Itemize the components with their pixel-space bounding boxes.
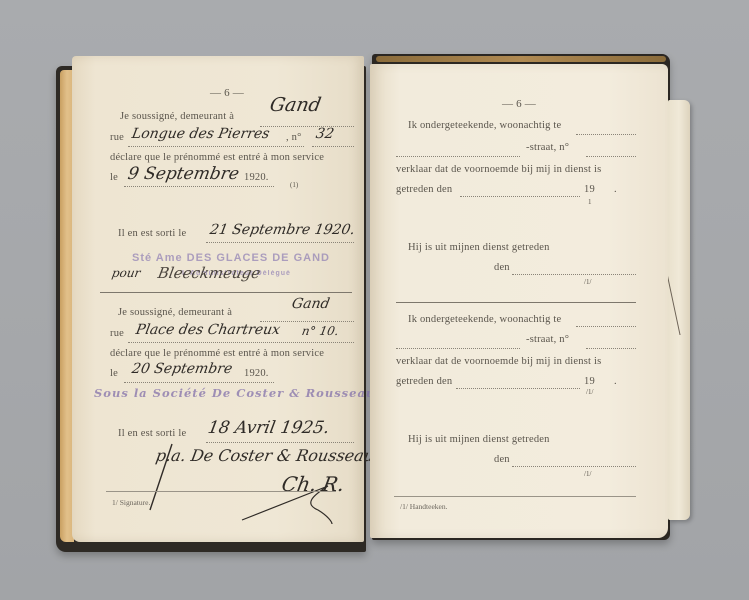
residence-label: Ik ondergeteekende, woonachtig te <box>408 314 561 325</box>
handwritten-number: 32 <box>315 126 336 142</box>
entry-separator <box>100 292 352 293</box>
footnote-ref: 1 <box>588 198 592 206</box>
footnote-separator <box>106 491 336 492</box>
company-stamp: Sté Ame DES GLACES DE GAND <box>132 252 330 264</box>
company-stamp: Sous la Société De Coster & Rousseau <box>94 386 375 400</box>
entry-date-label: getreden den <box>396 376 452 387</box>
open-booklet: — 6 — Je soussigné, demeurant à Gand rue… <box>0 0 749 600</box>
handwritten-number: n° 10. <box>301 324 340 338</box>
fill-line <box>512 466 636 467</box>
fill-line <box>124 186 274 187</box>
signature-flourish-icon <box>132 436 362 526</box>
handwritten-start-date: 20 Septembre <box>131 361 234 377</box>
inserted-paper-slip <box>668 100 690 520</box>
exit-den: den <box>494 454 510 465</box>
entry-separator <box>396 302 636 303</box>
year-prefix: 19 <box>584 184 595 195</box>
residence-label: Je soussigné, demeurant à <box>118 307 232 318</box>
exit-label: Il en est sorti le <box>118 228 186 239</box>
footnote-text: /1/ Handteeken. <box>400 502 447 511</box>
fill-line <box>586 348 636 349</box>
page-number: — 6 — <box>210 87 244 99</box>
fill-line <box>576 326 636 327</box>
footnote-ref: /1/ <box>586 388 593 396</box>
footnote-text: 1/ Signature. <box>112 498 150 507</box>
fill-line <box>396 348 520 349</box>
declaration-text: déclare que le prénommé est entré à mon … <box>110 348 324 359</box>
exit-label: Hij is uit mijnen dienst getreden <box>408 242 550 253</box>
handwritten-exit-date: 18 Avril 1925. <box>206 418 331 438</box>
residence-label: Je soussigné, demeurant à <box>120 111 234 122</box>
fill-line <box>206 242 354 243</box>
handwritten-street: Longue des Pierres <box>131 126 271 142</box>
fill-line <box>512 274 636 275</box>
fill-line <box>128 146 304 147</box>
start-year: 1920. <box>244 172 269 183</box>
period: . <box>614 376 617 387</box>
fill-line <box>576 134 636 135</box>
fill-line <box>586 156 636 157</box>
fill-line <box>124 382 274 383</box>
street-prefix: rue <box>110 328 124 339</box>
right-page-dutch: — 6 — Ik ondergeteekende, woonachtig te … <box>370 64 668 538</box>
fill-line <box>460 196 580 197</box>
footnote-ref: /1/ <box>584 470 591 478</box>
date-prefix: le <box>110 368 118 379</box>
declaration-text: verklaar dat de voornoemde bij mij in di… <box>396 356 601 367</box>
declaration-text: déclare que le prénommé est entré à mon … <box>110 152 324 163</box>
signature-prefix: pour <box>111 266 142 280</box>
exit-label: Hij is uit mijnen dienst getreden <box>408 434 550 445</box>
fill-line <box>456 388 580 389</box>
footnote-ref: /1/ <box>584 278 591 286</box>
street-label: -straat, n° <box>526 334 569 345</box>
handwritten-start-date: 9 Septembre <box>126 164 240 184</box>
footnote-separator <box>394 496 636 497</box>
entry-date-label: getreden den <box>396 184 452 195</box>
fill-line <box>312 146 354 147</box>
street-label: -straat, n° <box>526 142 569 153</box>
residence-label: Ik ondergeteekende, woonachtig te <box>408 120 561 131</box>
footnote-ref: (1) <box>290 181 298 189</box>
fill-line <box>128 342 354 343</box>
fill-line <box>260 126 354 127</box>
date-prefix: le <box>110 172 118 183</box>
period: . <box>614 184 617 195</box>
page-number: — 6 — <box>502 98 536 110</box>
street-prefix: rue <box>110 132 124 143</box>
exit-den: den <box>494 262 510 273</box>
handwritten-exit-date: 21 Septembre 1920. <box>209 222 357 238</box>
handwritten-city: Gand <box>291 296 331 312</box>
year-prefix: 19 <box>584 376 595 387</box>
handwritten-city: Gand <box>268 94 323 116</box>
number-label: , n° <box>286 132 302 143</box>
handwritten-signature: Bleeckmeuge <box>156 264 261 282</box>
declaration-text: verklaar dat de voornoemde bij mij in di… <box>396 164 601 175</box>
left-page-french: — 6 — Je soussigné, demeurant à Gand rue… <box>72 56 364 542</box>
start-year: 1920. <box>244 368 269 379</box>
handwritten-street: Place des Chartreux <box>135 322 282 338</box>
fill-line <box>396 156 520 157</box>
